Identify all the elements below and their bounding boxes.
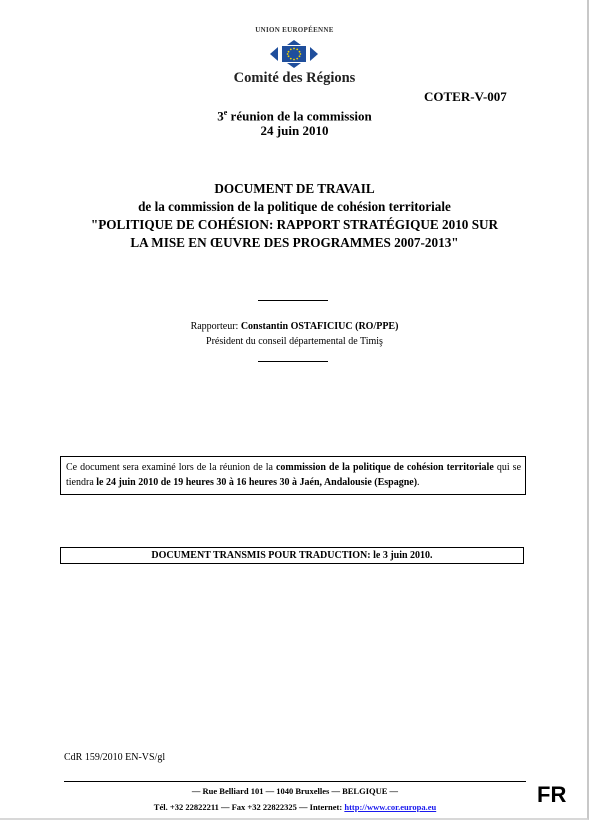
website-link[interactable]: http://www.cor.europa.eu xyxy=(344,802,436,812)
footer-address: — Rue Belliard 101 — 1040 Bruxelles — BE… xyxy=(64,783,526,815)
postal-address: — Rue Belliard 101 — 1040 Bruxelles — BE… xyxy=(64,783,526,799)
rapporteur-role: Président du conseil départemental de Ti… xyxy=(0,334,589,349)
title-line-3: "POLITIQUE DE COHÉSION: RAPPORT STRATÉGI… xyxy=(0,216,589,234)
document-title: DOCUMENT DE TRAVAIL de la commission de … xyxy=(0,180,589,252)
cdr-reference: CdR 159/2010 EN-VS/gl xyxy=(64,752,165,763)
separator-bottom xyxy=(258,361,328,362)
rapporteur-label: Rapporteur: xyxy=(191,321,241,332)
document-page: UNION EUROPÉENNE Comité des Régions COTE… xyxy=(0,0,589,820)
meeting-title: 3e réunion de la commission xyxy=(0,105,589,123)
meeting-info: 3e réunion de la commission 24 juin 2010 xyxy=(0,105,589,138)
document-reference: COTER-V-007 xyxy=(424,89,507,105)
language-code: FR xyxy=(537,782,566,808)
transmission-notice-box: DOCUMENT TRANSMIS POUR TRADUCTION: le 3 … xyxy=(60,547,524,564)
rapporteur-name: Constantin OSTAFICIUC (RO/PPE) xyxy=(241,321,399,332)
organisation-name: Comité des Régions xyxy=(0,70,589,87)
meeting-date: 24 juin 2010 xyxy=(0,123,589,138)
title-line-1: DOCUMENT DE TRAVAIL xyxy=(0,180,589,198)
eu-flag-diamond-icon xyxy=(270,40,318,68)
meeting-notice-box: Ce document sera examiné lors de la réun… xyxy=(60,456,526,495)
rapporteur-block: Rapporteur: Constantin OSTAFICIUC (RO/PP… xyxy=(0,319,589,349)
footer-rule xyxy=(64,781,526,782)
union-label: UNION EUROPÉENNE xyxy=(0,26,589,34)
title-line-2: de la commission de la politique de cohé… xyxy=(0,198,589,216)
contact-line: Tél. +32 22822211 — Fax +32 22822325 — I… xyxy=(64,799,526,815)
separator-top xyxy=(258,300,328,301)
title-line-4: LA MISE EN ŒUVRE DES PROGRAMMES 2007-201… xyxy=(0,234,589,252)
